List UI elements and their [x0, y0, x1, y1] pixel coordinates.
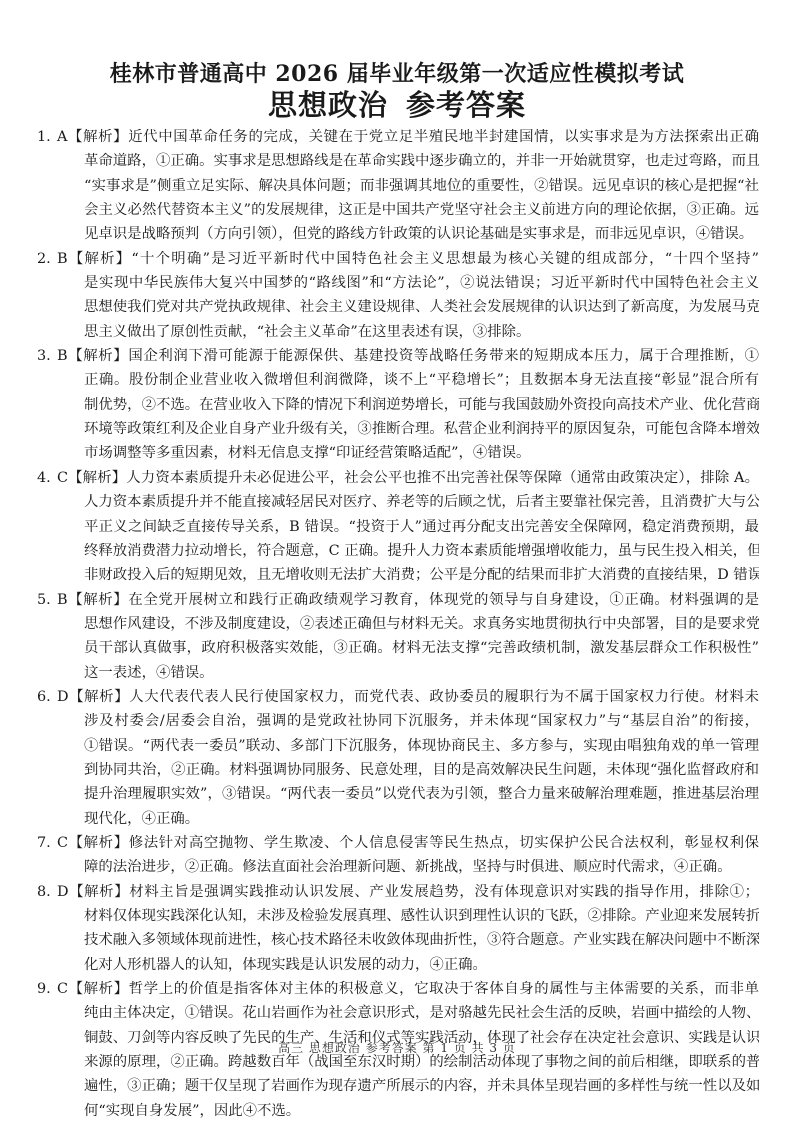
question-number: 4. — [37, 466, 57, 490]
explanation-text: 平正义之间缺乏直接传导关系，B 错误。“投资于人”通过再分配支出完善安全保障网，… — [84, 519, 759, 535]
doc-type-label: 参考答案 — [406, 88, 526, 122]
question-number: 5. — [37, 588, 57, 612]
explanation-text: 材料主旨是强调实践推动认识发展、产业发展趋势，没有体现意识对实践的指导作用，排除… — [129, 884, 759, 900]
explanation-text: 环境等政策红利及企业自身产业升级有关，③推断合理。私营企业利润持平的原因复杂，可… — [84, 421, 759, 437]
explanation-text: 思想作风建设，不涉及制度建设，②表述正确但与材料无关。求真务实地贯彻执行中央部署… — [84, 616, 759, 632]
question-number: 2. — [37, 247, 57, 271]
explanation-text: 思主义做出了原创性贡献，“社会主义革命”在这里表述有误，③排除。 — [84, 324, 530, 340]
answer-line: 会主义必然代替资本主义”的发展规律，这正是中国共产党坚守社会主义前进方向的理论依… — [37, 198, 759, 222]
explanation-text: 员干部认真做事，政府积极落实效能，③正确。材料无法支撑“完善政绩机制，激发基层群… — [84, 640, 759, 656]
analysis-tag: 【解析】 — [67, 129, 128, 145]
explanation-text: “十个明确”是习近平新时代中国特色社会主义思想最为核心关键的组成部分，“十四个坚… — [131, 251, 759, 267]
explanation-text: 在全党开展树立和践行正确政绩观学习教育，体现党的领导与自身建设，①正确。材料强调… — [128, 592, 759, 608]
analysis-tag: 【解析】 — [68, 981, 129, 997]
explanation-text: 人力资本素质提升未必促进公平，社会公平也推不出完善社保等保障（通常由政策决定），… — [126, 470, 759, 486]
question-number: 6. — [37, 685, 57, 709]
explanation-text: 见卓识是战略预判（方向引领），但党的路线方针政策的认识论基础是实事求是，而非远见… — [84, 226, 753, 242]
explanation-text: 国企利润下滑可能源于能源保供、基建投资等战略任务带来的短期成本压力，属于合理推断… — [128, 348, 759, 364]
answer-first-line: 2.B【解析】“十个明确”是习近平新时代中国特色社会主义思想最为核心关键的组成部… — [37, 247, 759, 271]
explanation-text: 化对人形机器人的认知，体现实践是认识发展的动力，④正确。 — [84, 957, 487, 973]
explanation-text: 近代中国革命任务的完成，关键在于党立足半殖民地半封建国情，以实事求是为方法探索出… — [128, 129, 759, 145]
explanation-text: 这一表述，④错误。 — [84, 665, 214, 681]
answer-choice: C — [57, 977, 68, 1001]
answer-item: 4.C【解析】人力资本素质提升未必促进公平，社会公平也推不出完善社保等保障（通常… — [37, 466, 759, 588]
explanation-text: 革命道路，①正确。实事求是思想路线是在革命实践中逐步确立的，并非一开始就贯穿，也… — [84, 153, 759, 169]
analysis-tag: 【解析】 — [68, 835, 129, 851]
explanation-text: 障的法治进步，②正确。修法直面社会治理新问题、新挑战，坚持与时俱进、顺应时代需求… — [84, 859, 732, 875]
question-number: 9. — [37, 977, 57, 1001]
analysis-tag: 【解析】 — [69, 884, 130, 900]
question-number: 1. — [37, 125, 57, 149]
answer-choice: B — [57, 344, 68, 368]
answer-item: 1.A【解析】近代中国革命任务的完成，关键在于党立足半殖民地半封建国情，以实事求… — [37, 125, 759, 247]
answer-first-line: 3.B【解析】国企利润下滑可能源于能源保供、基建投资等战略任务带来的短期成本压力… — [37, 344, 759, 368]
answer-line: 制优势，②不选。在营业收入下降的情况下利润逆势增长，可能与我国鼓励外资投向高技术… — [37, 393, 759, 417]
explanation-text: 终释放消费潜力拉动增长，符合题意，C 正确。提升人力资本素质能增强增收能力，虽与… — [84, 543, 759, 559]
explanation-text: 正确。股份制企业营业收入微增但利润微降，谈不上“平稳增长”；且数据本身无法直接“… — [84, 372, 759, 388]
answer-line: 化对人形机器人的认知，体现实践是认识发展的动力，④正确。 — [37, 953, 759, 977]
explanation-text: 何“实现自身发展”，因此④不选。 — [84, 1103, 300, 1119]
answer-line: “实事求是”侧重立足实际、解决具体问题；而非强调其地位的重要性，②错误。远见卓识… — [37, 174, 759, 198]
answer-line: 涉及村委会/居委会自治，强调的是党政社协同下沉服务，并未体现“国家权力”与“基层… — [37, 709, 759, 733]
analysis-tag: 【解析】 — [68, 348, 129, 364]
document-title: 思想政治参考答案 — [0, 88, 794, 122]
answer-line: 员干部认真做事，政府积极落实效能，③正确。材料无法支撑“完善政绩机制，激发基层群… — [37, 636, 759, 660]
answer-item: 5.B【解析】在全党开展树立和践行正确政绩观学习教育，体现党的领导与自身建设，①… — [37, 588, 759, 685]
explanation-text: 思想使我们党对共产党执政规律、社会主义建设规律、人类社会发展规律的认识达到了新高… — [84, 299, 759, 315]
answer-choice: C — [57, 831, 68, 855]
answer-line: 现代化，④正确。 — [37, 807, 759, 831]
question-number: 7. — [37, 831, 57, 855]
answer-choice: B — [57, 247, 68, 271]
answer-first-line: 8.D【解析】材料主旨是强调实践推动认识发展、产业发展趋势，没有体现意识对实践的… — [37, 880, 759, 904]
explanation-text: 哲学上的价值是指客体对主体的积极意义，它取决于客体自身的属性与主体需要的关系，而… — [129, 981, 759, 997]
explanation-text: 涉及村委会/居委会自治，强调的是党政社协同下沉服务，并未体现“国家权力”与“基层… — [84, 713, 759, 729]
answer-line: 材料仅体现实践深化认知，未涉及检验发展真理、感性认识到理性认识的飞跃，②排除。产… — [37, 904, 759, 928]
answer-item: 2.B【解析】“十个明确”是习近平新时代中国特色社会主义思想最为核心关键的组成部… — [37, 247, 759, 344]
answer-item: 3.B【解析】国企利润下滑可能源于能源保供、基建投资等战略任务带来的短期成本压力… — [37, 344, 759, 466]
answer-choice: D — [57, 685, 69, 709]
explanation-text: 到协同共治，②正确。材料强调协同服务、民意处理，目的是高效解决民生问题，未体现“… — [84, 762, 759, 778]
answer-item: 6.D【解析】人大代表代表人民行使国家权力，而党代表、政协委员的履职行为不属于国… — [37, 685, 759, 831]
answer-choice: B — [57, 588, 68, 612]
answer-line: 障的法治进步，②正确。修法直面社会治理新问题、新挑战，坚持与时俱进、顺应时代需求… — [37, 855, 759, 879]
answer-line: 革命道路，①正确。实事求是思想路线是在革命实践中逐步确立的，并非一开始就贯穿，也… — [37, 149, 759, 173]
answer-item: 8.D【解析】材料主旨是强调实践推动认识发展、产业发展趋势，没有体现意识对实践的… — [37, 880, 759, 977]
explanation-text: 现代化，④正确。 — [84, 811, 199, 827]
analysis-tag: 【解析】 — [68, 592, 129, 608]
explanation-text: 人力资本素质提升并不能直接减轻居民对医疗、养老等的后顾之忧，后者主要靠社保完善，… — [84, 494, 759, 510]
exam-title: 桂林市普通高中 2026 届毕业年级第一次适应性模拟考试 — [0, 60, 794, 88]
answer-line: 非财政投入后的短期见效，且无增收则无法扩大消费；公平是分配的结果而非扩大消费的直… — [37, 563, 759, 587]
explanation-text: 人大代表代表人民行使国家权力，而党代表、政协委员的履职行为不属于国家权力行使。材… — [129, 689, 759, 705]
answer-line: ①错误。“两代表一委员”联动、多部门下沉服务，体现协商民主、多方参与，实现由唱独… — [37, 734, 759, 758]
answer-line: 到协同共治，②正确。材料强调协同服务、民意处理，目的是高效解决民生问题，未体现“… — [37, 758, 759, 782]
explanation-text: 市场调整等多重因素，材料无信息支撑“印证经营策略适配”，④错误。 — [84, 445, 530, 461]
analysis-tag: 【解析】 — [68, 251, 132, 267]
answer-line: 技术融入多领域体现前进性，核心技术路径未收敛体现曲折性，③符合题意。产业实践在解… — [37, 928, 759, 952]
answer-line: 环境等政策红利及企业自身产业升级有关，③推断合理。私营企业利润持平的原因复杂，可… — [37, 417, 759, 441]
explanation-text: ①错误。“两代表一委员”联动、多部门下沉服务，体现协商民主、多方参与，实现由唱独… — [84, 738, 759, 754]
answer-choice: D — [57, 880, 69, 904]
answer-line: 思想使我们党对共产党执政规律、社会主义建设规律、人类社会发展规律的认识达到了新高… — [37, 295, 759, 319]
answer-line: 终释放消费潜力拉动增长，符合题意，C 正确。提升人力资本素质能增强增收能力，虽与… — [37, 539, 759, 563]
answer-line: 这一表述，④错误。 — [37, 661, 759, 685]
answer-line: 思想作风建设，不涉及制度建设，②表述正确但与材料无关。求真务实地贯彻执行中央部署… — [37, 612, 759, 636]
explanation-text: 技术融入多领域体现前进性，核心技术路径未收敛体现曲折性，③符合题意。产业实践在解… — [84, 932, 759, 948]
explanation-text: 提升治理履职实效”，③错误。“两代表一委员”以党代表为引领，整合力量来破解治理难… — [84, 786, 759, 802]
analysis-tag: 【解析】 — [69, 689, 130, 705]
answer-first-line: 6.D【解析】人大代表代表人民行使国家权力，而党代表、政协委员的履职行为不属于国… — [37, 685, 759, 709]
answer-first-line: 5.B【解析】在全党开展树立和践行正确政绩观学习教育，体现党的领导与自身建设，①… — [37, 588, 759, 612]
answer-line: 思主义做出了原创性贡献，“社会主义革命”在这里表述有误，③排除。 — [37, 320, 759, 344]
answer-line: 市场调整等多重因素，材料无信息支撑“印证经营策略适配”，④错误。 — [37, 441, 759, 465]
explanation-text: 来源的原理，②正确。跨越数百年（战国至东汉时期）的绘制活动体现了事物之间的前后相… — [84, 1054, 759, 1070]
answer-first-line: 7.C【解析】修法针对高空抛物、学生欺凌、个人信息侵害等民生热点，切实保护公民合… — [37, 831, 759, 855]
answer-line: 遍性，③正确；题干仅呈现了岩画作为现存遗产所展示的内容，并未具体呈现岩画的多样性… — [37, 1074, 759, 1098]
explanation-text: 修法针对高空抛物、学生欺凌、个人信息侵害等民生热点，切实保护公民合法权利，彰显权… — [129, 835, 759, 851]
answer-line: 纯由主体决定，①错误。花山岩画作为社会意识形式，是对骆越先民社会生活的反映，岩画… — [37, 1001, 759, 1025]
explanation-text: 是实现中华民族伟大复兴中国梦的“路线图”和“方法论”，②说法错误；习近平新时代中… — [84, 275, 759, 291]
explanation-text: 会主义必然代替资本主义”的发展规律，这正是中国共产党坚守社会主义前进方向的理论依… — [84, 202, 759, 218]
question-number: 3. — [37, 344, 57, 368]
subject-label: 思想政治 — [268, 88, 388, 122]
explanation-text: 纯由主体决定，①错误。花山岩画作为社会意识形式，是对骆越先民社会生活的反映，岩画… — [84, 1005, 759, 1021]
answer-line: 何“实现自身发展”，因此④不选。 — [37, 1099, 759, 1123]
answer-line: 正确。股份制企业营业收入微增但利润微降，谈不上“平稳增长”；且数据本身无法直接“… — [37, 368, 759, 392]
explanation-text: “实事求是”侧重立足实际、解决具体问题；而非强调其地位的重要性，②错误。远见卓识… — [84, 178, 759, 194]
explanation-text: 材料仅体现实践深化认知，未涉及检验发展真理、感性认识到理性认识的飞跃，②排除。产… — [84, 908, 759, 924]
analysis-tag: 【解析】 — [68, 470, 126, 486]
answer-line: 平正义之间缺乏直接传导关系，B 错误。“投资于人”通过再分配支出完善安全保障网，… — [37, 515, 759, 539]
answer-line: 见卓识是战略预判（方向引领），但党的路线方针政策的认识论基础是实事求是，而非远见… — [37, 222, 759, 246]
answer-first-line: 9.C【解析】哲学上的价值是指客体对主体的积极意义，它取决于客体自身的属性与主体… — [37, 977, 759, 1001]
answer-line: 提升治理履职实效”，③错误。“两代表一委员”以党代表为引领，整合力量来破解治理难… — [37, 782, 759, 806]
page-footer: 高三 思想政治 参考答案 第 1 页 共 3 页 — [0, 1040, 794, 1056]
answer-line: 人力资本素质提升并不能直接减轻居民对医疗、养老等的后顾之忧，后者主要靠社保完善，… — [37, 490, 759, 514]
explanation-text: 制优势，②不选。在营业收入下降的情况下利润逆势增长，可能与我国鼓励外资投向高技术… — [84, 397, 759, 413]
answer-first-line: 4.C【解析】人力资本素质提升未必促进公平，社会公平也推不出完善社保等保障（通常… — [37, 466, 759, 490]
question-number: 8. — [37, 880, 57, 904]
answer-list: 1.A【解析】近代中国革命任务的完成，关键在于党立足半殖民地半封建国情，以实事求… — [37, 125, 759, 1123]
explanation-text: 遍性，③正确；题干仅呈现了岩画作为现存遗产所展示的内容，并未具体呈现岩画的多样性… — [84, 1078, 759, 1094]
answer-line: 是实现中华民族伟大复兴中国梦的“路线图”和“方法论”，②说法错误；习近平新时代中… — [37, 271, 759, 295]
answer-item: 7.C【解析】修法针对高空抛物、学生欺凌、个人信息侵害等民生热点，切实保护公民合… — [37, 831, 759, 880]
answer-choice: C — [57, 466, 68, 490]
explanation-text: 非财政投入后的短期见效，且无增收则无法扩大消费；公平是分配的结果而非扩大消费的直… — [84, 567, 759, 583]
answer-first-line: 1.A【解析】近代中国革命任务的完成，关键在于党立足半殖民地半封建国情，以实事求… — [37, 125, 759, 149]
answer-choice: A — [57, 125, 67, 149]
